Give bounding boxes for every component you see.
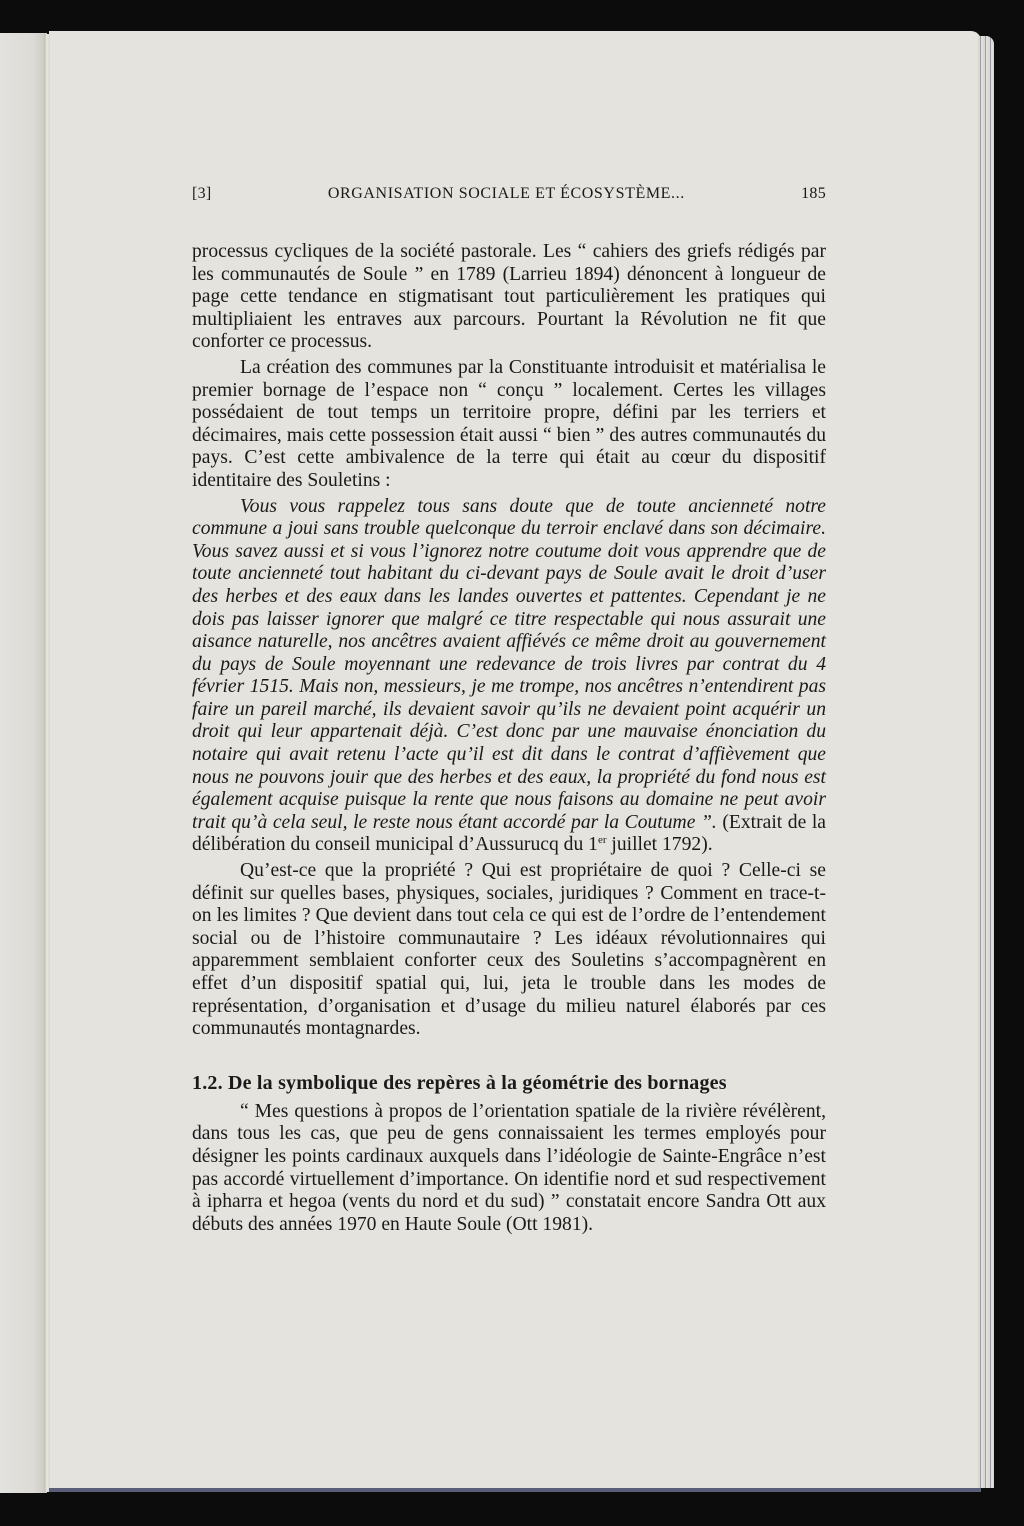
left-page-edge: [0, 33, 47, 1493]
page-content: [3] ORGANISATION SOCIALE ET ÉCOSYSTÈME..…: [192, 185, 826, 1236]
superscript-er: er: [598, 834, 607, 846]
running-header: [3] ORGANISATION SOCIALE ET ÉCOSYSTÈME..…: [192, 185, 826, 207]
quote-text: Vous vous rappelez tous sans doute que d…: [192, 496, 826, 833]
paragraph-1: processus cycliques de la société pastor…: [192, 241, 826, 354]
page-number: 185: [801, 185, 826, 203]
scanned-book-spread: [3] ORGANISATION SOCIALE ET ÉCOSYSTÈME..…: [0, 0, 1024, 1526]
section-heading: 1.2. De la symbolique des repères à la g…: [192, 1071, 826, 1095]
section-number: [3]: [192, 185, 212, 203]
page-stack-edges: [978, 36, 994, 1488]
paragraph-4: “ Mes questions à propos de l’orientatio…: [192, 1101, 826, 1237]
paragraph-2: La création des communes par la Constitu…: [192, 357, 826, 493]
paragraph-3: Qu’est-ce que la propriété ? Qui est pro…: [192, 860, 826, 1041]
page-bottom-edge: [49, 1488, 981, 1492]
book-gutter: [44, 34, 50, 1492]
running-title: ORGANISATION SOCIALE ET ÉCOSYSTÈME...: [328, 185, 685, 203]
block-quote: Vous vous rappelez tous sans doute que d…: [192, 496, 826, 858]
